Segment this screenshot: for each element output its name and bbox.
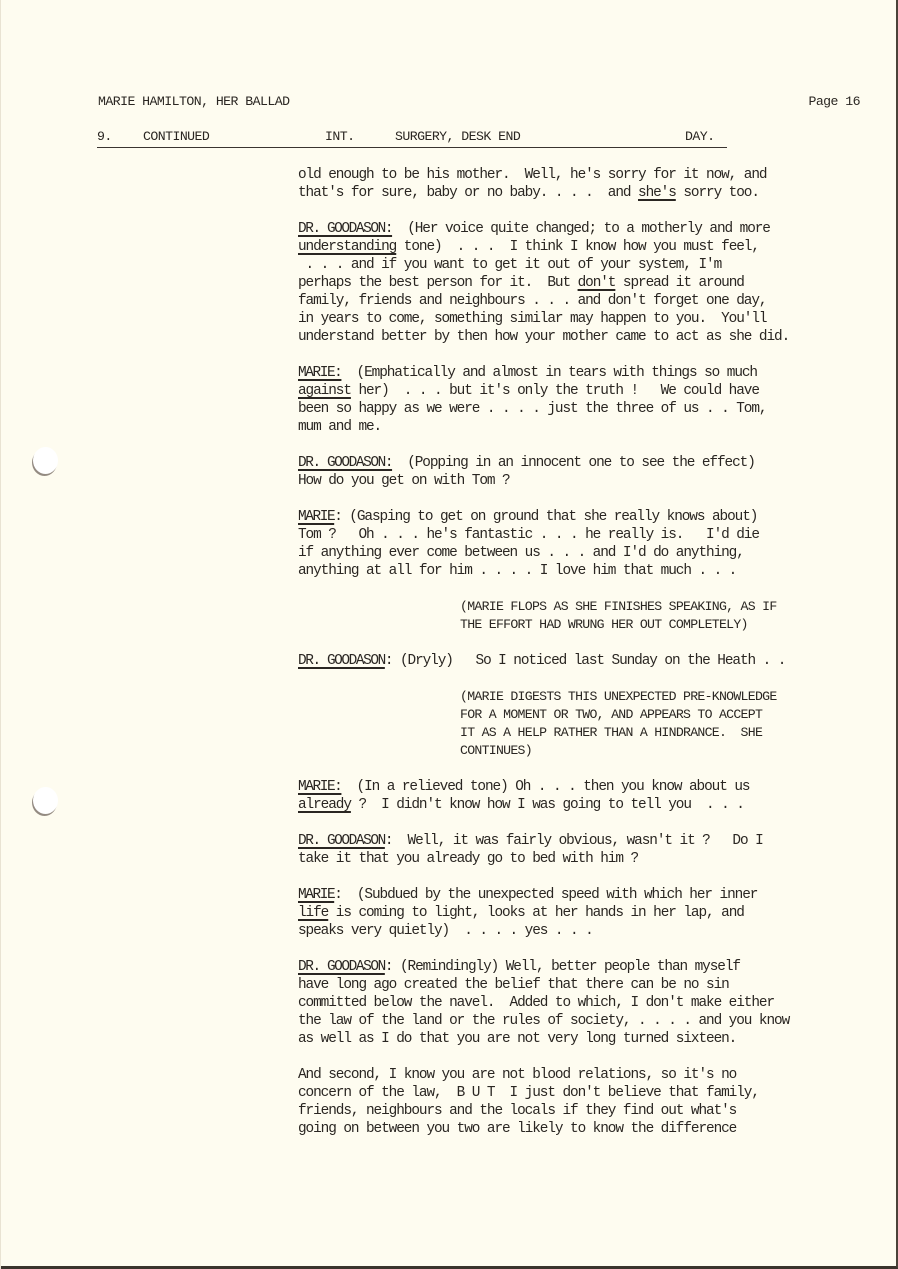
speaker-name: DR. GOODASON: [298, 653, 385, 669]
script-line: friends, neighbours and the locals if th…: [298, 1102, 898, 1120]
dialogue-block: MARIE: (Emphatically and almost in tears…: [298, 364, 898, 436]
script-line: (MARIE DIGESTS THIS UNEXPECTED PRE-KNOWL…: [460, 688, 898, 706]
script-body: old enough to be his mother. Well, he's …: [298, 166, 898, 1156]
dialogue-block: DR. GOODASON: (Dryly) So I noticed last …: [298, 652, 898, 670]
line-text: : (Subdued by the unexpected speed with …: [334, 887, 757, 903]
line-text: FOR A MOMENT OR TWO, AND APPEARS TO ACCE…: [460, 707, 762, 722]
line-text: (In a relieved tone) Oh . . . then you k…: [341, 779, 749, 795]
speaker-name: MARIE: [298, 509, 334, 525]
script-line: concern of the law, B U T I just don't b…: [298, 1084, 898, 1102]
dialogue-block: MARIE: (Gasping to get on ground that sh…: [298, 508, 898, 580]
line-text: : (Gasping to get on ground that she rea…: [334, 509, 757, 525]
scene-location: SURGERY, DESK END: [395, 128, 520, 146]
line-text: committed below the navel. Added to whic…: [298, 995, 774, 1011]
line-text: as well as I do that you are not very lo…: [298, 1031, 736, 1047]
line-text: friends, neighbours and the locals if th…: [298, 1103, 736, 1119]
line-text: take it that you already go to bed with …: [298, 851, 638, 867]
underlined-text: don't: [578, 275, 616, 291]
page-edge: [0, 0, 1, 1269]
line-text: : Well, it was fairly obvious, wasn't it…: [385, 833, 763, 849]
underlined-text: understanding: [298, 239, 396, 255]
script-line: been so happy as we were . . . . just th…: [298, 400, 898, 418]
stage-direction: (MARIE DIGESTS THIS UNEXPECTED PRE-KNOWL…: [460, 688, 898, 760]
line-text: is coming to light, looks at her hands i…: [328, 905, 744, 921]
speaker-name: DR. GOODASON: [298, 959, 385, 975]
script-line: speaks very quietly) . . . . yes . . .: [298, 922, 898, 940]
line-text: (MARIE FLOPS AS SHE FINISHES SPEAKING, A…: [460, 599, 777, 614]
script-line: going on between you two are likely to k…: [298, 1120, 898, 1138]
script-line: already ? I didn't know how I was going …: [298, 796, 898, 814]
script-line: life is coming to light, looks at her ha…: [298, 904, 898, 922]
line-text: her) . . . but it's only the truth ! We …: [351, 383, 759, 399]
script-line: perhaps the best person for it. But don'…: [298, 274, 898, 292]
line-text: have long ago created the belief that th…: [298, 977, 729, 993]
script-line: DR. GOODASON: Well, it was fairly obviou…: [298, 832, 898, 850]
script-line: if anything ever come between us . . . a…: [298, 544, 898, 562]
script-line: anything at all for him . . . . I love h…: [298, 562, 898, 580]
script-line: DR. GOODASON: (Remindingly) Well, better…: [298, 958, 898, 976]
line-text: CONTINUES): [460, 743, 532, 758]
line-text: mum and me.: [298, 419, 381, 435]
speaker-name: DR. GOODASON: [298, 833, 385, 849]
speaker-name: DR. GOODASON:: [298, 221, 392, 237]
line-text: (MARIE DIGESTS THIS UNEXPECTED PRE-KNOWL…: [460, 689, 777, 704]
underlined-text: she's: [638, 185, 676, 201]
script-line: old enough to be his mother. Well, he's …: [298, 166, 898, 184]
dialogue-block: DR. GOODASON: Well, it was fairly obviou…: [298, 832, 898, 868]
line-text: (Her voice quite changed; to a motherly …: [392, 221, 770, 237]
scene-heading: 9. CONTINUED INT. SURGERY, DESK END DAY.: [97, 128, 727, 148]
script-line: DR. GOODASON: (Her voice quite changed; …: [298, 220, 898, 238]
dialogue-block: And second, I know you are not blood rel…: [298, 1066, 898, 1138]
speaker-name: MARIE:: [298, 365, 341, 381]
line-text: Tom ? Oh . . . he's fantastic . . . he r…: [298, 527, 759, 543]
speaker-name: MARIE:: [298, 779, 341, 795]
script-line: And second, I know you are not blood rel…: [298, 1066, 898, 1084]
dialogue-block: DR. GOODASON: (Her voice quite changed; …: [298, 220, 898, 346]
line-text: perhaps the best person for it. But: [298, 275, 578, 291]
script-line: in years to come, something similar may …: [298, 310, 898, 328]
underlined-text: life: [298, 905, 328, 921]
script-line: understanding tone) . . . I think I know…: [298, 238, 898, 256]
script-line: MARIE: (Gasping to get on ground that sh…: [298, 508, 898, 526]
line-text: (Emphatically and almost in tears with t…: [341, 365, 757, 381]
script-line: MARIE: (In a relieved tone) Oh . . . the…: [298, 778, 898, 796]
line-text: the law of the land or the rules of soci…: [298, 1013, 789, 1029]
script-line: MARIE: (Subdued by the unexpected speed …: [298, 886, 898, 904]
punch-hole-bottom: [33, 787, 58, 814]
line-text: : (Remindingly) Well, better people than…: [385, 959, 740, 975]
script-page: MARIE HAMILTON, HER BALLAD Page 16 9. CO…: [0, 0, 898, 1269]
line-text: ? I didn't know how I was going to tell …: [351, 797, 744, 813]
script-line: DR. GOODASON: (Popping in an innocent on…: [298, 454, 898, 472]
line-text: speaks very quietly) . . . . yes . . .: [298, 923, 593, 939]
scene-int-ext: INT.: [325, 128, 354, 146]
script-line: understand better by then how your mothe…: [298, 328, 898, 346]
dialogue-block: MARIE: (In a relieved tone) Oh . . . the…: [298, 778, 898, 814]
script-line: . . . and if you want to get it out of y…: [298, 256, 898, 274]
script-line: against her) . . . but it's only the tru…: [298, 382, 898, 400]
line-text: anything at all for him . . . . I love h…: [298, 563, 736, 579]
line-text: How do you get on with Tom ?: [298, 473, 510, 489]
dialogue-block: DR. GOODASON: (Remindingly) Well, better…: [298, 958, 898, 1048]
line-text: sorry too.: [676, 185, 759, 201]
script-line: as well as I do that you are not very lo…: [298, 1030, 898, 1048]
script-line: family, friends and neighbours . . . and…: [298, 292, 898, 310]
speaker-name: DR. GOODASON:: [298, 455, 392, 471]
script-line: take it that you already go to bed with …: [298, 850, 898, 868]
line-text: . . . and if you want to get it out of y…: [298, 257, 721, 273]
line-text: old enough to be his mother. Well, he's …: [298, 167, 766, 183]
line-text: (Popping in an innocent one to see the e…: [392, 455, 755, 471]
underlined-text: against: [298, 383, 351, 399]
script-title: MARIE HAMILTON, HER BALLAD: [98, 93, 289, 111]
script-line: mum and me.: [298, 418, 898, 436]
script-line: the law of the land or the rules of soci…: [298, 1012, 898, 1030]
dialogue-block: MARIE: (Subdued by the unexpected speed …: [298, 886, 898, 940]
line-text: tone) . . . I think I know how you must …: [396, 239, 759, 255]
script-line: THE EFFORT HAD WRUNG HER OUT COMPLETELY): [460, 616, 898, 634]
line-text: been so happy as we were . . . . just th…: [298, 401, 766, 417]
script-line: committed below the navel. Added to whic…: [298, 994, 898, 1012]
line-text: if anything ever come between us . . . a…: [298, 545, 744, 561]
line-text: THE EFFORT HAD WRUNG HER OUT COMPLETELY): [460, 617, 748, 632]
script-line: CONTINUES): [460, 742, 898, 760]
line-text: family, friends and neighbours . . . and…: [298, 293, 766, 309]
script-line: IT AS A HELP RATHER THAN A HINDRANCE. SH…: [460, 724, 898, 742]
line-text: : (Dryly) So I noticed last Sunday on th…: [385, 653, 785, 669]
script-line: that's for sure, baby or no baby. . . . …: [298, 184, 898, 202]
line-text: And second, I know you are not blood rel…: [298, 1067, 736, 1083]
scene-time: DAY.: [685, 128, 714, 146]
stage-direction: (MARIE FLOPS AS SHE FINISHES SPEAKING, A…: [460, 598, 898, 634]
underlined-text: already: [298, 797, 351, 813]
line-text: understand better by then how your mothe…: [298, 329, 789, 345]
script-line: DR. GOODASON: (Dryly) So I noticed last …: [298, 652, 898, 670]
script-line: (MARIE FLOPS AS SHE FINISHES SPEAKING, A…: [460, 598, 898, 616]
dialogue-block: old enough to be his mother. Well, he's …: [298, 166, 898, 202]
line-text: spread it around: [615, 275, 743, 291]
scene-continued: CONTINUED: [143, 128, 209, 146]
line-text: going on between you two are likely to k…: [298, 1121, 736, 1137]
script-line: MARIE: (Emphatically and almost in tears…: [298, 364, 898, 382]
line-text: concern of the law, B U T I just don't b…: [298, 1085, 759, 1101]
line-text: in years to come, something similar may …: [298, 311, 766, 327]
script-line: have long ago created the belief that th…: [298, 976, 898, 994]
page-number: Page 16: [808, 93, 860, 111]
script-line: Tom ? Oh . . . he's fantastic . . . he r…: [298, 526, 898, 544]
punch-hole-top: [33, 447, 58, 474]
line-text: that's for sure, baby or no baby. . . . …: [298, 185, 638, 201]
speaker-name: MARIE: [298, 887, 334, 903]
dialogue-block: DR. GOODASON: (Popping in an innocent on…: [298, 454, 898, 490]
script-line: How do you get on with Tom ?: [298, 472, 898, 490]
scene-number: 9.: [97, 128, 112, 146]
line-text: IT AS A HELP RATHER THAN A HINDRANCE. SH…: [460, 725, 762, 740]
script-line: FOR A MOMENT OR TWO, AND APPEARS TO ACCE…: [460, 706, 898, 724]
